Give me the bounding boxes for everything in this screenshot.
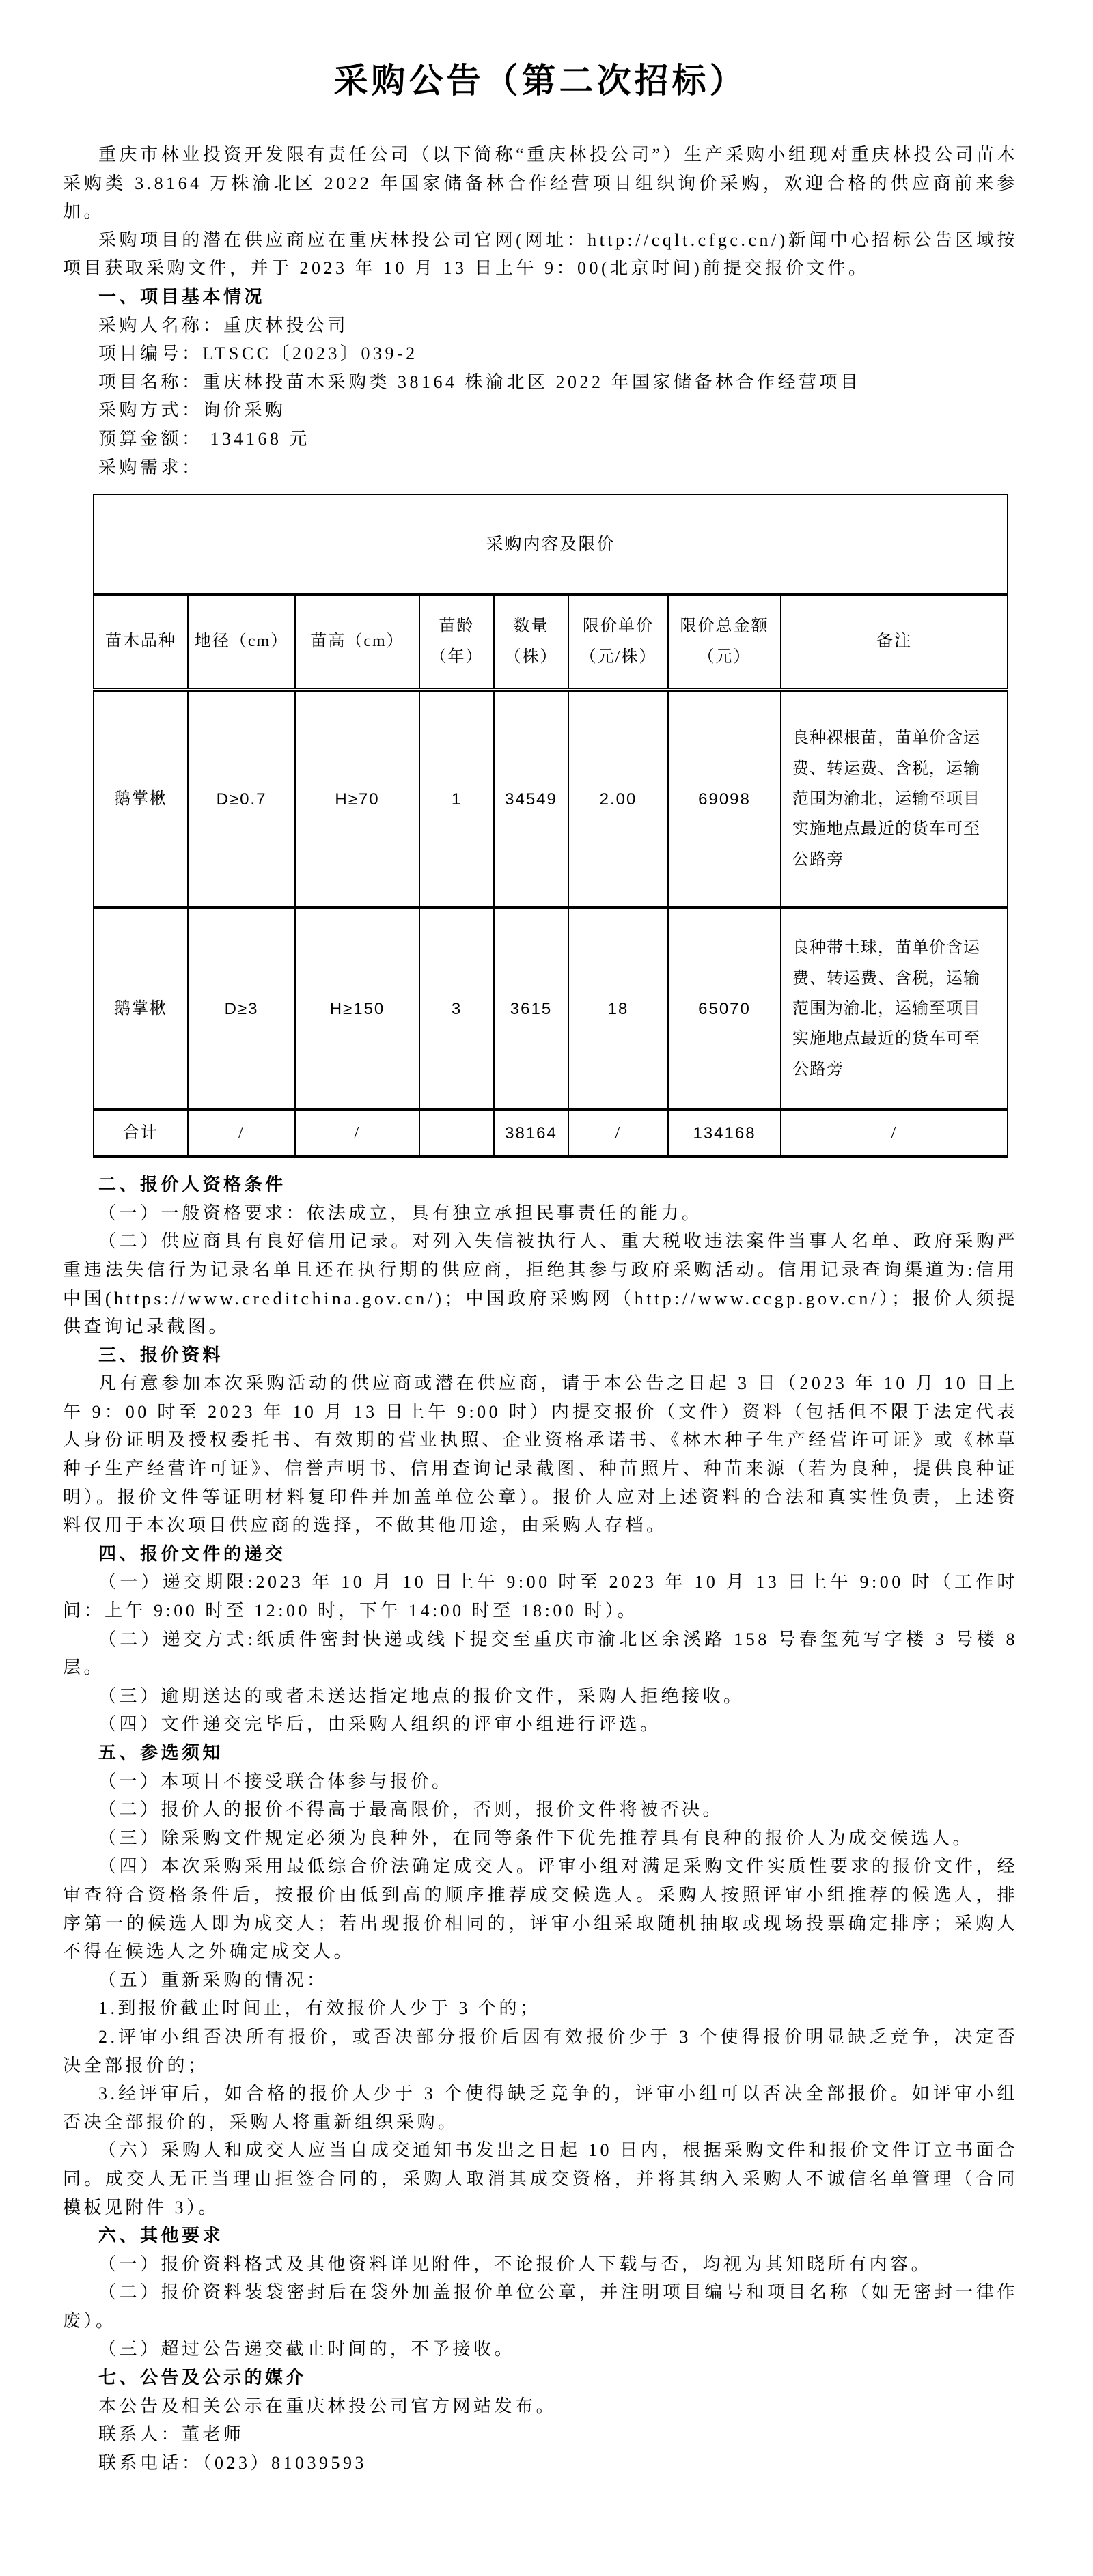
media-statement: 本公告及相关公示在重庆林投公司官方网站发布。	[63, 2392, 1018, 2421]
table-caption: 采购内容及限价	[94, 494, 1008, 595]
cell-quantity: 3615	[494, 908, 568, 1110]
cell-total-amount: 134168	[668, 1110, 781, 1157]
table-row: 鹅掌楸 D≥0.7 H≥70 1 34549 2.00 69098 良种裸根苗，…	[94, 690, 1008, 908]
column-header-remark: 备注	[781, 595, 1008, 690]
contact-phone: 联系电话：（023）81039593	[63, 2449, 1018, 2478]
page-title: 采购公告（第二次招标）	[63, 53, 1018, 102]
notice-subitem: 1.到报价截止时间止，有效报价人少于 3 个的；	[63, 1994, 1018, 2023]
submission-item: （二）递交方式:纸质件密封快递或线下提交至重庆市渝北区余溪路 158 号春玺苑写…	[63, 1625, 1018, 1682]
column-header-age: 苗龄（年）	[419, 595, 494, 690]
cell-total-quantity: 38164	[494, 1110, 568, 1157]
cell-remark: 良种带土球，苗单价含运费、转运费、含税，运输范围为渝北，运输至项目实施地点最近的…	[781, 908, 1008, 1110]
table-header-row: 苗木品种 地径（cm） 苗高（cm） 苗龄（年） 数量（株） 限价单价（元/株）…	[94, 595, 1008, 690]
procurement-content-table: 采购内容及限价 苗木品种 地径（cm） 苗高（cm） 苗龄（年） 数量（株） 限…	[93, 494, 1008, 1158]
section-heading-submission: 四、报价文件的递交	[63, 1540, 1018, 1569]
quotation-materials-paragraph: 凡有意参加本次采购活动的供应商或潜在供应商，请于本公告之日起 3 日（2023 …	[63, 1369, 1018, 1540]
cell-empty	[419, 1110, 494, 1157]
cell-remark: 良种裸根苗，苗单价含运费、转运费、含税，运输范围为渝北，运输至项目实施地点最近的…	[781, 690, 1008, 908]
cell-species: 鹅掌楸	[94, 908, 188, 1110]
submission-item: （三）逾期送达的或者未送达指定地点的报价文件，采购人拒绝接收。	[63, 1682, 1018, 1711]
notice-item: （二）报价人的报价不得高于最高限价，否则，报价文件将被否决。	[63, 1795, 1018, 1824]
cell-total-label: 合计	[94, 1110, 188, 1157]
cell-age: 3	[419, 908, 494, 1110]
cell-diameter: D≥0.7	[188, 690, 295, 908]
notice-subitem: 2.评审小组否决所有报价，或否决部分报价后因有效报价少于 3 个使得报价明显缺乏…	[63, 2023, 1018, 2080]
cell-unit-price: 18	[568, 908, 668, 1110]
cell-slash: /	[188, 1110, 295, 1157]
notice-item: （四）本次采购采用最低综合价法确定成交人。评审小组对满足采购文件实质性要求的报价…	[63, 1852, 1018, 1965]
column-header-diameter: 地径（cm）	[188, 595, 295, 690]
basic-info-budget: 预算金额： 134168 元	[63, 425, 1018, 453]
intro-paragraph: 采购项目的潜在供应商应在重庆林投公司官网(网址：http://cqlt.cfgc…	[63, 226, 1018, 283]
contact-person: 联系人：董老师	[63, 2420, 1018, 2449]
column-header-height: 苗高（cm）	[295, 595, 419, 690]
table-row: 采购内容及限价	[94, 494, 1008, 595]
qualification-item: （二）供应商具有良好信用记录。对列入失信被执行人、重大税收违法案件当事人名单、政…	[63, 1227, 1018, 1341]
basic-info-method: 采购方式：询价采购	[63, 396, 1018, 425]
notice-item: （六）采购人和成交人应当自成交通知书发出之日起 10 日内，根据采购文件和报价文…	[63, 2136, 1018, 2222]
qualification-item: （一）一般资格要求：依法成立，具有独立承担民事责任的能力。	[63, 1199, 1018, 1228]
cell-total-price: 69098	[668, 690, 781, 908]
cell-total-price: 65070	[668, 908, 781, 1110]
cell-quantity: 34549	[494, 690, 568, 908]
notice-subitem: 3.经评审后，如合格的报价人少于 3 个使得缺乏竞争的，评审小组可以否决全部报价…	[63, 2080, 1018, 2136]
section-heading-other-requirements: 六、其他要求	[63, 2222, 1018, 2250]
basic-info-purchaser: 采购人名称：重庆林投公司	[63, 311, 1018, 340]
cell-unit-price: 2.00	[568, 690, 668, 908]
section-heading-notice: 五、参选须知	[63, 1739, 1018, 1767]
table-row: 鹅掌楸 D≥3 H≥150 3 3615 18 65070 良种带土球，苗单价含…	[94, 908, 1008, 1110]
notice-item: （一）本项目不接受联合体参与报价。	[63, 1767, 1018, 1796]
cell-height: H≥150	[295, 908, 419, 1110]
cell-age: 1	[419, 690, 494, 908]
other-requirement-item: （二）报价资料装袋密封后在袋外加盖报价单位公章，并注明项目编号和项目名称（如无密…	[63, 2278, 1018, 2335]
column-header-quantity: 数量（株）	[494, 595, 568, 690]
section-heading-media: 七、公告及公示的媒介	[63, 2364, 1018, 2392]
other-requirement-item: （三）超过公告递交截止时间的，不予接收。	[63, 2335, 1018, 2364]
cell-height: H≥70	[295, 690, 419, 908]
section-heading-quotation-materials: 三、报价资料	[63, 1341, 1018, 1370]
cell-slash: /	[295, 1110, 419, 1157]
column-header-species: 苗木品种	[94, 595, 188, 690]
procurement-notice-page: 采购公告（第二次招标） 重庆市林业投资开发限有责任公司（以下简称“重庆林投公司”…	[0, 0, 1093, 2576]
cell-diameter: D≥3	[188, 908, 295, 1110]
table-total-row: 合计 / / 38164 / 134168 /	[94, 1110, 1008, 1157]
basic-info-demand: 采购需求：	[63, 453, 1018, 482]
cell-slash: /	[781, 1110, 1008, 1157]
basic-info-project-number: 项目编号：LTSCC〔2023〕039-2	[63, 339, 1018, 368]
column-header-unit-price: 限价单价（元/株）	[568, 595, 668, 690]
section-heading-basic-info: 一、项目基本情况	[63, 283, 1018, 311]
column-header-total-price: 限价总金额（元）	[668, 595, 781, 690]
cell-slash: /	[568, 1110, 668, 1157]
cell-species: 鹅掌楸	[94, 690, 188, 908]
basic-info-project-name: 项目名称：重庆林投苗木采购类 38164 株渝北区 2022 年国家储备林合作经…	[63, 368, 1018, 397]
submission-item: （一）递交期限:2023 年 10 月 10 日上午 9:00 时至 2023 …	[63, 1568, 1018, 1625]
notice-item: （五）重新采购的情况：	[63, 1966, 1018, 1995]
intro-paragraph: 重庆市林业投资开发限有责任公司（以下简称“重庆林投公司”）生产采购小组现对重庆林…	[63, 141, 1018, 226]
notice-item: （三）除采购文件规定必须为良种外，在同等条件下优先推荐具有良种的报价人为成交候选…	[63, 1824, 1018, 1853]
other-requirement-item: （一）报价资料格式及其他资料详见附件，不论报价人下载与否，均视为其知晓所有内容。	[63, 2250, 1018, 2279]
section-heading-qualification: 二、报价人资格条件	[63, 1171, 1018, 1199]
submission-item: （四）文件递交完毕后，由采购人组织的评审小组进行评选。	[63, 1710, 1018, 1739]
